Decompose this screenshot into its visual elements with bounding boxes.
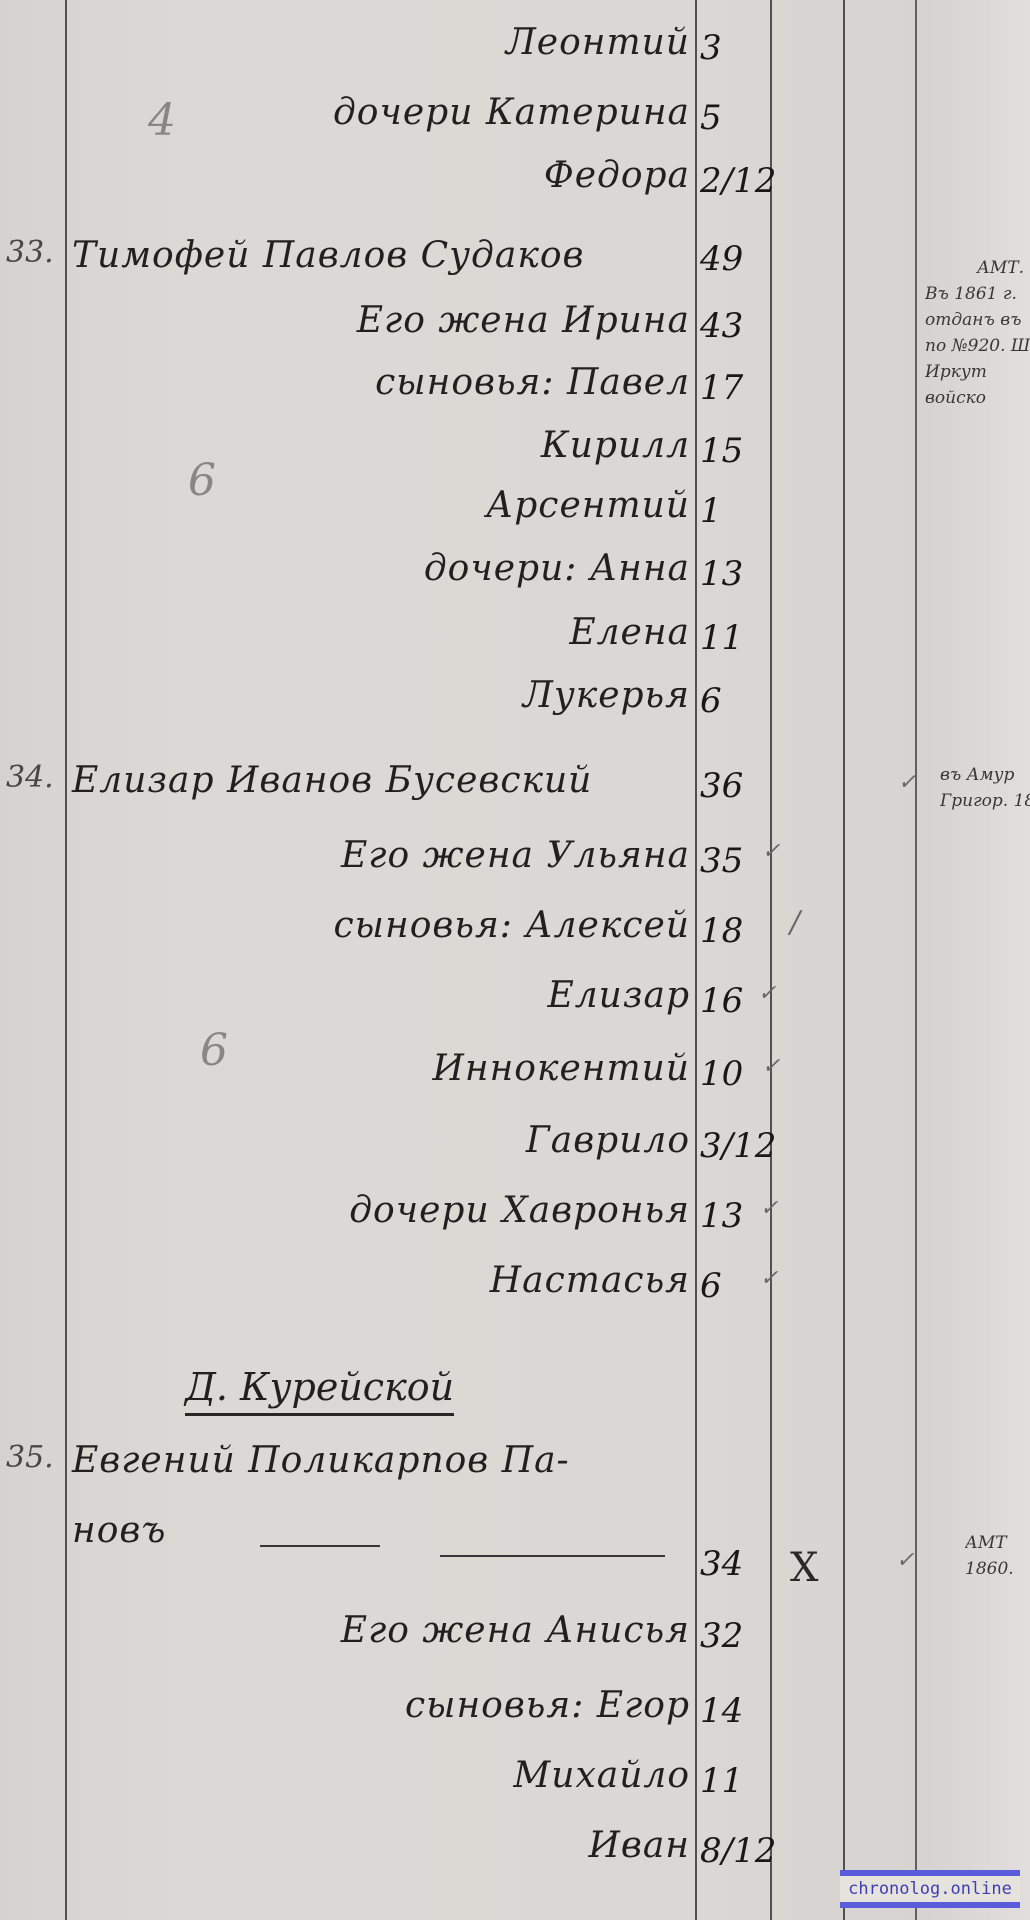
person-age: 8/12	[700, 1831, 770, 1871]
household-head-row: 34. Елизар Иванов Бусевский 36	[0, 760, 1030, 800]
check-mark: ✓	[762, 839, 780, 864]
note-line: въ Амур	[940, 762, 1030, 788]
entry-row: Кирилл 15	[0, 425, 1030, 465]
person-name: Кирилл	[541, 425, 690, 466]
note-line: 1860.	[965, 1556, 1030, 1582]
person-age: 5	[700, 98, 770, 138]
person-name: Елизар	[547, 975, 690, 1016]
entry-row: Леонтий 3	[0, 22, 1030, 62]
entry-row: Арсентий 1	[0, 485, 1030, 525]
note-line: Григор. 18	[940, 788, 1030, 814]
person-age: 17	[700, 368, 770, 408]
entry-row: сыновья: Егор 14	[0, 1685, 1030, 1725]
person-name: дочери Катерина	[333, 92, 690, 133]
entry-row: Его жена Ирина 43	[0, 300, 1030, 340]
person-age: 10	[700, 1054, 770, 1094]
person-name: Иван	[588, 1825, 690, 1866]
person-age: 11	[700, 1761, 770, 1801]
person-age: 11	[700, 618, 770, 658]
person-name: Его жена Ульяна	[341, 835, 690, 876]
entry-row: Михайло 11	[0, 1755, 1030, 1795]
note-line: Иркут	[925, 359, 1030, 385]
person-age: 3/12	[700, 1126, 770, 1166]
person-name: сыновья: Егор	[405, 1685, 690, 1726]
household-number: 33.	[6, 235, 54, 270]
person-name: Гаврило	[526, 1120, 690, 1161]
check-mark: ✓	[760, 1196, 778, 1221]
entry-row: Елизар 16 ✓	[0, 975, 1030, 1015]
person-name: дочери: Анна	[424, 548, 690, 589]
person-name: Леонтий	[506, 22, 690, 63]
note-line: АМТ.	[925, 255, 1030, 281]
person-age: 18	[700, 911, 770, 951]
margin-note: АМТ 1860.	[965, 1530, 1030, 1582]
entry-row: дочери Хавронья 13 ✓	[0, 1190, 1030, 1230]
entry-row: Гаврило 3/12	[0, 1120, 1030, 1160]
head-age-row: 34	[0, 1540, 1030, 1580]
person-name: сыновья: Алексей	[334, 905, 690, 946]
person-name: Его жена Анисья	[341, 1610, 690, 1651]
watermark-badge: chronolog.online	[840, 1870, 1020, 1908]
person-name: Его жена Ирина	[357, 300, 690, 341]
village-heading: Д. Курейской	[185, 1365, 454, 1409]
person-age: 3	[700, 28, 770, 68]
person-age: 13	[700, 554, 770, 594]
watermark-text: chronolog.online	[840, 1876, 1020, 1902]
head-age: 34	[700, 1544, 770, 1584]
person-age: 15	[700, 431, 770, 471]
note-line: АМТ	[965, 1530, 1030, 1556]
person-age: 6	[700, 681, 770, 721]
head-name: Елизар Иванов Бусевский	[72, 760, 592, 801]
entry-row: Иннокентий 10 ✓	[0, 1048, 1030, 1088]
person-name: Иннокентий	[432, 1048, 690, 1089]
entry-row: Его жена Анисья 32	[0, 1610, 1030, 1650]
check-mark: ✓	[896, 1548, 914, 1573]
pencil-stroke: /	[790, 905, 800, 940]
person-age: 43	[700, 306, 770, 346]
entry-row: сыновья: Павел 17	[0, 362, 1030, 402]
person-age: 35	[700, 841, 770, 881]
entry-row: Лукерья 6	[0, 675, 1030, 715]
head-name-line1: Евгений Поликарпов Па-	[72, 1440, 570, 1481]
check-mark: ✓	[898, 770, 916, 795]
person-name: сыновья: Павел	[375, 362, 690, 403]
person-name: Михайло	[513, 1755, 690, 1796]
village-name: Д. Курейской	[185, 1365, 454, 1416]
note-line: Въ 1861 г.	[925, 281, 1030, 307]
note-line: по №920. Ш	[925, 333, 1030, 359]
person-name: Федора	[544, 155, 690, 196]
register-page: Леонтий 3 4 дочери Катерина 5 Федора 2/1…	[0, 0, 1030, 1920]
person-age: 32	[700, 1616, 770, 1656]
entry-row: Настасья 6 ✓	[0, 1260, 1030, 1300]
note-line: войско	[925, 385, 1030, 411]
entry-row: дочери: Анна 13	[0, 548, 1030, 588]
person-age: 14	[700, 1691, 770, 1731]
entry-row: дочери Катерина 5	[0, 92, 1030, 132]
household-head-row: 35. Евгений Поликарпов Па-	[0, 1440, 1030, 1480]
household-number: 35.	[6, 1440, 54, 1475]
head-age: 49	[700, 239, 770, 279]
note-line: отданъ въ	[925, 307, 1030, 333]
x-mark: X	[790, 1545, 818, 1591]
person-name: Настасья	[490, 1260, 690, 1301]
person-age: 2/12	[700, 161, 770, 201]
entry-row: Елена 11	[0, 612, 1030, 652]
person-name: Елена	[569, 612, 690, 653]
person-age: 1	[700, 491, 770, 531]
entry-row: Его жена Ульяна 35 ✓	[0, 835, 1030, 875]
entry-row: Иван 8/12	[0, 1825, 1030, 1865]
head-age: 36	[700, 766, 770, 806]
check-mark: ✓	[760, 1266, 778, 1291]
household-head-row: 33. Тимофей Павлов Судаков 49	[0, 235, 1030, 275]
margin-note: АМТ. Въ 1861 г. отданъ въ по №920. Ш Ирк…	[925, 255, 1030, 411]
person-name: Арсентий	[486, 485, 690, 526]
check-mark: ✓	[758, 981, 776, 1006]
margin-note: въ Амур Григор. 18	[940, 762, 1030, 814]
head-name: Тимофей Павлов Судаков	[72, 235, 584, 276]
entry-row: сыновья: Алексей 18 /	[0, 905, 1030, 945]
household-number: 34.	[6, 760, 54, 795]
person-name: дочери Хавронья	[349, 1190, 690, 1231]
check-mark: ✓	[762, 1054, 780, 1079]
person-name: Лукерья	[523, 675, 690, 716]
entry-row: Федора 2/12	[0, 155, 1030, 195]
